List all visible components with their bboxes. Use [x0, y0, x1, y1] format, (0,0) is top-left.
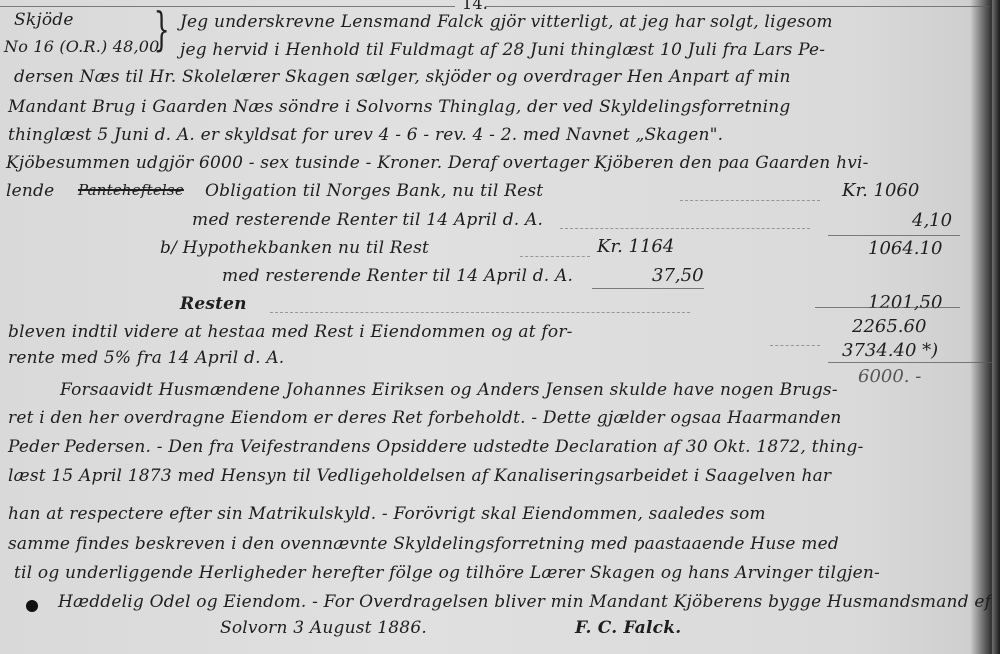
ledger-a-line1: Obligation til Norges Bank, nu til Rest	[205, 181, 543, 201]
body-line-8: bleven indtil videre at hestaa med Rest …	[8, 322, 573, 342]
signature: F. C. Falck.	[575, 618, 681, 638]
body-line-2: jeg hervid i Henhold til Fuldmagt af 28 …	[180, 40, 825, 60]
body-line-14: han at respectere efter sin Matrikulskyl…	[8, 504, 766, 524]
body-line-12: Peder Pedersen. - Den fra Veifestrandens…	[8, 437, 864, 457]
ledger-rest-amount: 3734.40 *)	[842, 340, 938, 361]
ledger-a2-leader	[560, 228, 810, 230]
body-line-16: til og underliggende Herligheder herefte…	[14, 563, 880, 583]
ledger-a-total: 1064.10	[868, 238, 942, 259]
ledger-b-total: 1201,50	[868, 292, 942, 313]
ledger-a-amount1: Kr. 1060	[842, 180, 919, 201]
ledger-a-amount2: 4,10	[912, 210, 952, 231]
ledger-b-amount1: Kr. 1164	[597, 236, 674, 257]
body-line-11: ret i den her overdragne Eiendom er dere…	[8, 408, 842, 428]
ledger-b-rule	[592, 288, 704, 289]
ledger-rest-label: Resten	[180, 294, 247, 314]
body-line-10: Forsaavidt Husmændene Johannes Eiriksen …	[60, 380, 838, 400]
body-line-15: samme findes beskreven i den ovennævnte …	[8, 534, 839, 554]
page-edge-shadow	[992, 0, 1000, 654]
ledger-b-line2: med resterende Renter til 14 April d. A.	[222, 266, 573, 286]
header-rule-right	[485, 6, 990, 7]
body-line-5: thinglæst 5 Juni d. A. er skyldsat for u…	[8, 125, 723, 145]
ledger-a-leader	[680, 200, 820, 202]
ledger-b-label: b/	[160, 238, 177, 258]
ledger-b-amount2: 37,50	[652, 265, 704, 286]
place-date: Solvorn 3 August 1886.	[220, 618, 427, 638]
body-line-4: Mandant Brug i Gaarden Næs söndre i Solv…	[8, 97, 791, 117]
margin-reference: No 16 (O.R.) 48,00	[4, 37, 160, 56]
brace: }	[154, 6, 170, 52]
ledger-b-leader	[520, 256, 590, 258]
ledger-b-line1-text: Hypothekbanken nu til Rest	[183, 238, 429, 258]
body-line-1: Jeg underskrevne Lensmand Falck gjör vit…	[180, 12, 833, 32]
body-line-6: Kjöbesummen udgjör 6000 - sex tusinde - …	[6, 153, 869, 173]
ledger-a-line1-text: Obligation til Norges Bank, nu til Rest	[205, 181, 543, 201]
body-line-13: læst 15 April 1873 med Hensyn til Vedlig…	[8, 466, 831, 486]
ledger-rest-leader	[270, 312, 690, 314]
body-line-17: Hæddelig Odel og Eiendom. - For Overdrag…	[58, 592, 1000, 612]
deed-page: 14. Skjöde No 16 (O.R.) 48,00 } Jeg unde…	[0, 0, 1000, 654]
header-rule-left	[0, 6, 455, 7]
body-line-7: lende	[6, 181, 54, 201]
body-line-9: rente med 5% fra 14 April d. A.	[8, 348, 284, 368]
ledger-a-line2: med resterende Renter til 14 April d. A.	[192, 210, 543, 230]
line-8-leader	[770, 345, 820, 347]
ledger-b-total-rule	[815, 307, 960, 308]
margin-title: Skjöde	[14, 10, 74, 30]
ledger-sum: 2265.60	[852, 316, 926, 337]
ledger-rest-rule	[828, 362, 996, 363]
ledger-grand-total: 6000. -	[858, 366, 921, 387]
body-line-3: dersen Næs til Hr. Skolelærer Skagen sæl…	[14, 67, 791, 87]
ledger-b-line1: b/ Hypothekbanken nu til Rest	[160, 238, 429, 258]
ink-blot	[26, 600, 38, 612]
struck-word: Panteheftelse	[78, 181, 184, 199]
ledger-a-rule	[828, 235, 960, 236]
